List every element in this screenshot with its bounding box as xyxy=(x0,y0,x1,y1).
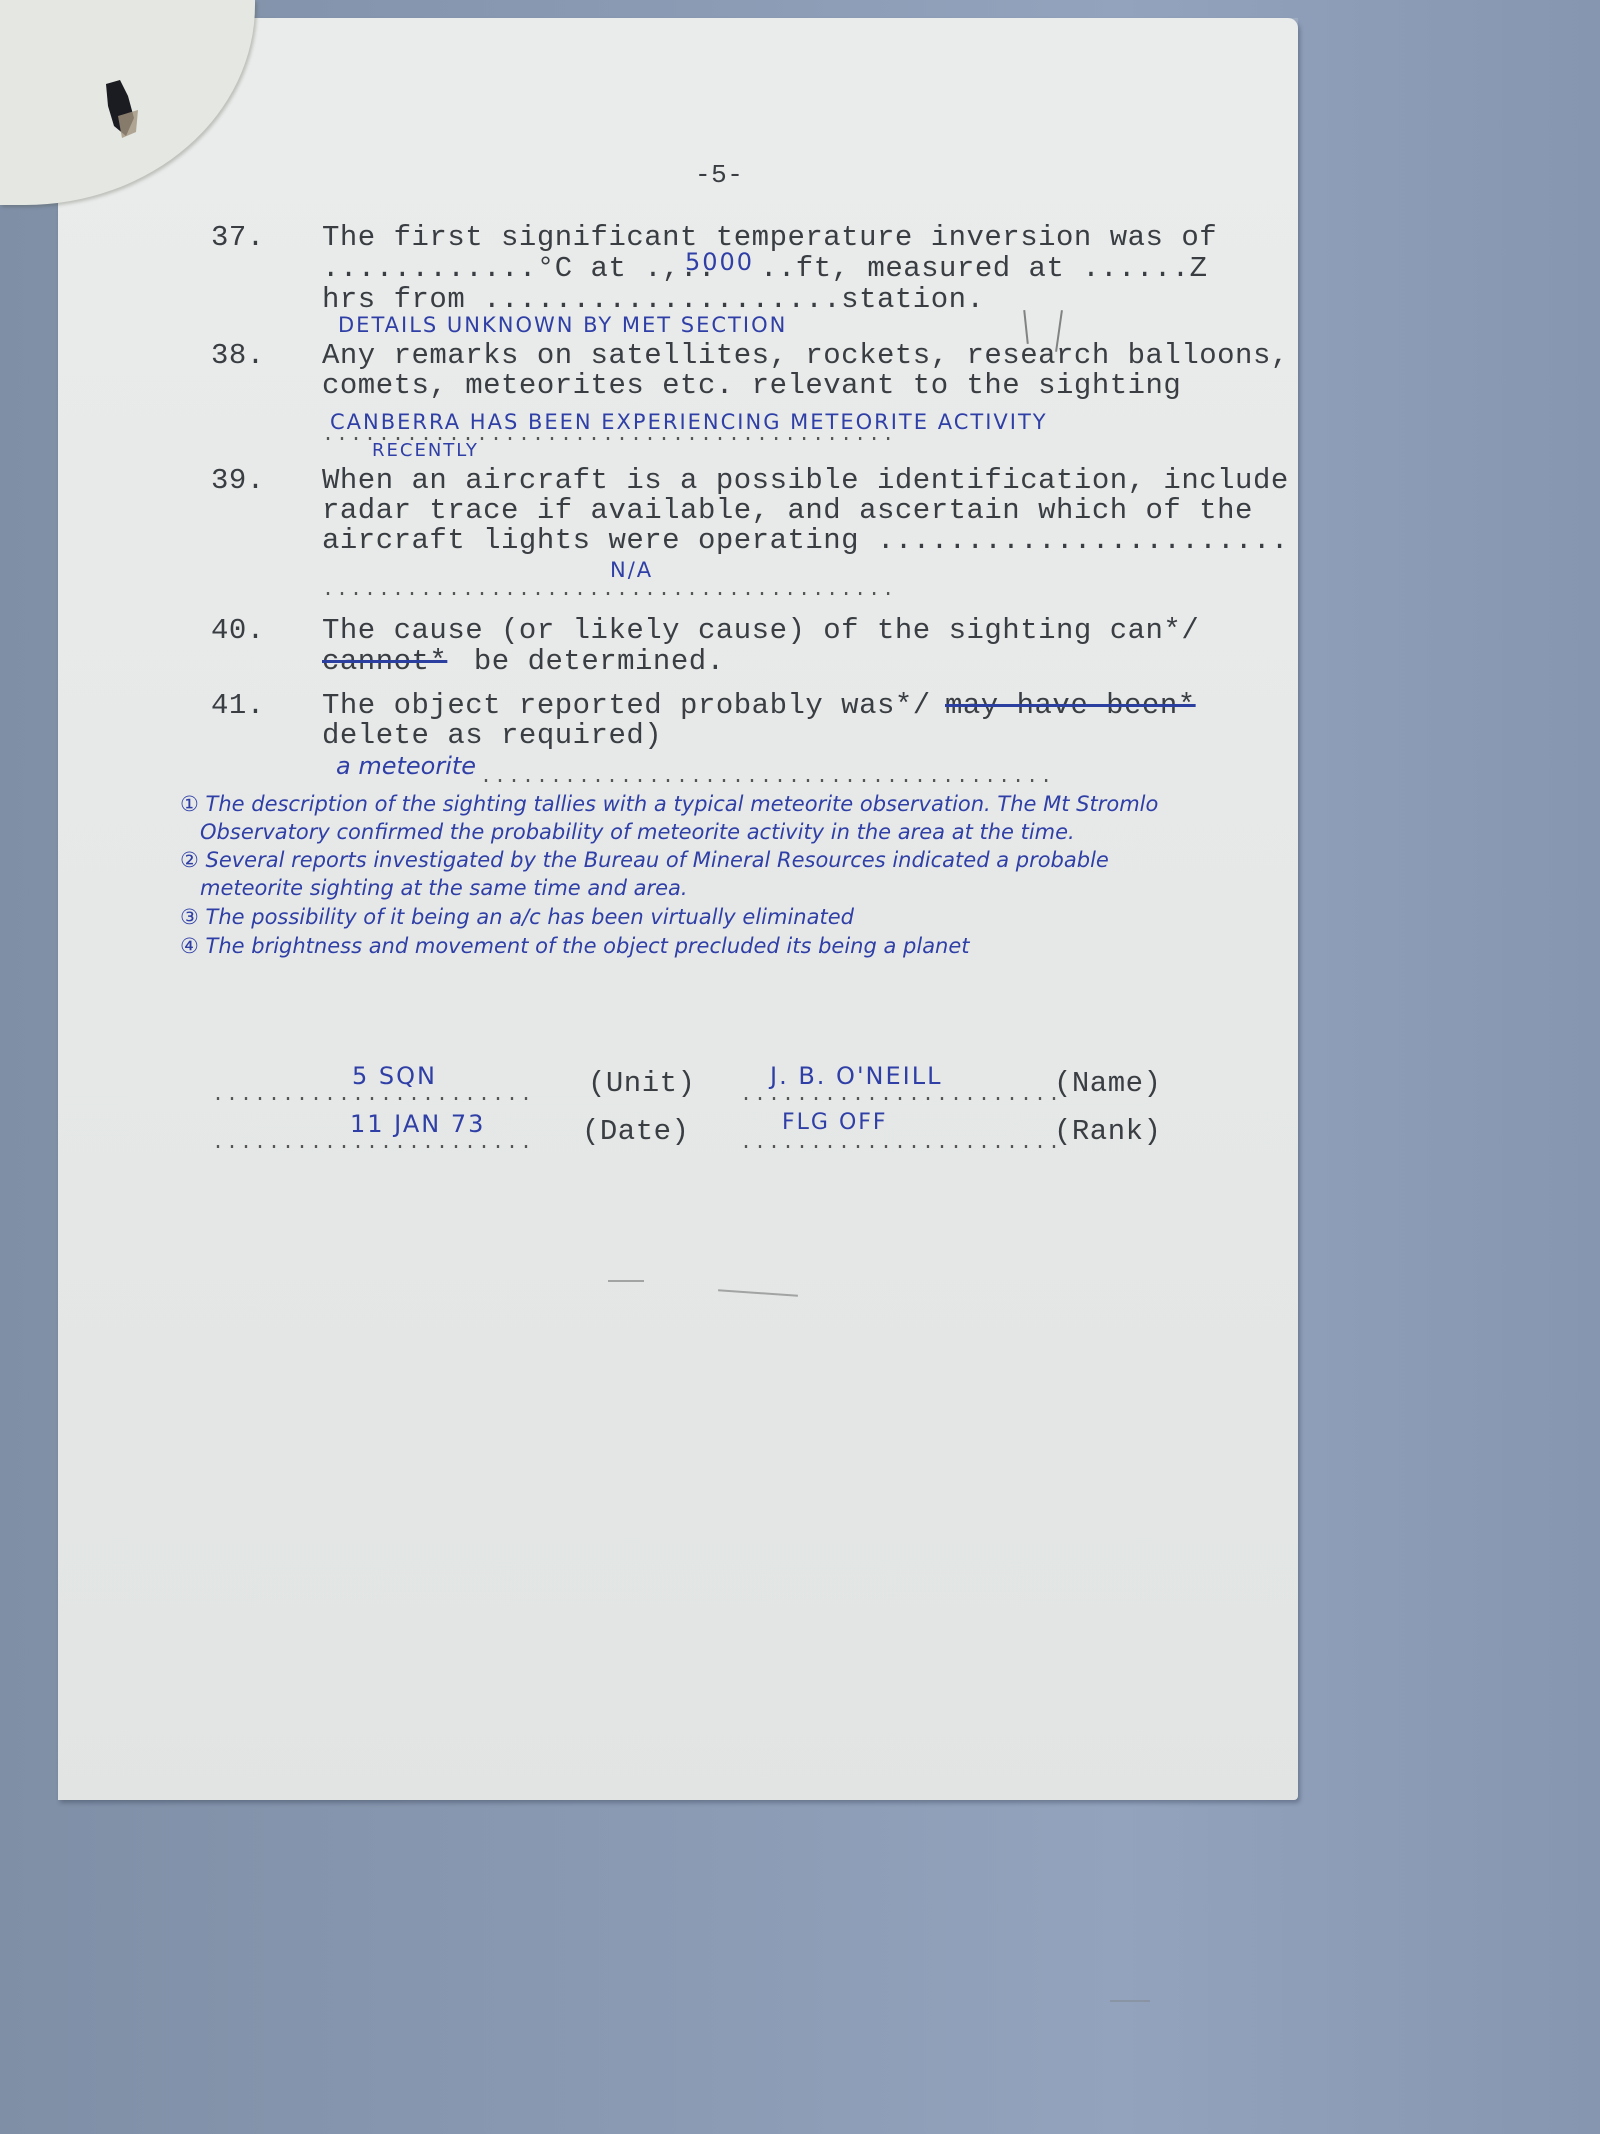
item-41-line2: delete as required) xyxy=(322,720,662,751)
item-41-handwritten-answer: a meteorite xyxy=(336,752,476,780)
reason-line: ④ The brightness and movement of the obj… xyxy=(180,932,970,960)
faint-mark xyxy=(608,1280,644,1282)
item-38-line1: Any remarks on satellites, rockets, rese… xyxy=(322,340,1289,371)
reason-line: meteorite sighting at the same time and … xyxy=(180,874,688,902)
date-label: (Date) xyxy=(582,1116,689,1147)
item-40-line1: The cause (or likely cause) of the sight… xyxy=(322,615,1199,646)
item-37-line2a: ............°C at .,.. xyxy=(322,253,716,284)
item-37-line1: The first significant temperature invers… xyxy=(322,222,1217,253)
item-39-line2: radar trace if available, and ascertain … xyxy=(322,495,1253,526)
item-38-number: 38. xyxy=(211,340,265,371)
item-39-number: 39. xyxy=(211,465,265,496)
item-37-handwritten-note: DETAILS UNKNOWN BY MET SECTION xyxy=(338,313,787,337)
item-37-line3: hrs from ....................station. xyxy=(322,284,984,315)
item-41-line1: The object reported probably was*/ xyxy=(322,690,931,721)
rank-label: (Rank) xyxy=(1054,1116,1161,1147)
unit-value: 5 SQN xyxy=(352,1062,437,1090)
reason-line: ③ The possibility of it being an a/c has… xyxy=(180,903,854,931)
reason-line: ② Several reports investigated by the Bu… xyxy=(180,846,1109,874)
name-label: (Name) xyxy=(1054,1068,1161,1099)
item-37-line2b: ..ft, measured at ......Z xyxy=(760,253,1208,284)
reason-line: Observatory confirmed the probability of… xyxy=(180,818,1075,846)
item-37-altitude-answer: 5000 xyxy=(685,248,754,276)
item-38-line2: comets, meteorites etc. relevant to the … xyxy=(322,370,1181,401)
staple-hole-icon xyxy=(98,76,142,142)
item-41-dot-leader: ........................................… xyxy=(480,762,1054,793)
item-41-number: 41. xyxy=(211,690,265,721)
reason-line: ① The description of the sighting tallie… xyxy=(180,790,1158,818)
item-40-line2: be determined. xyxy=(456,646,725,677)
unit-label: (Unit) xyxy=(588,1068,695,1099)
name-value: J. B. O'NEILL xyxy=(770,1062,942,1090)
date-value: 11 JAN 73 xyxy=(350,1110,485,1138)
item-39-dot-leader: ........................................… xyxy=(322,575,896,606)
item-37-number: 37. xyxy=(211,222,265,253)
item-40-struck-word: cannot* xyxy=(322,646,447,677)
item-40-number: 40. xyxy=(211,615,265,646)
faint-mark xyxy=(1110,2000,1150,2002)
item-41-struck-phrase: may have been* xyxy=(945,690,1196,721)
page-number: -5- xyxy=(695,160,743,191)
item-38-handwritten-answer-2: RECENTLY xyxy=(372,440,479,461)
item-39-line3: aircraft lights were operating .........… xyxy=(322,525,1289,556)
rank-value: FLG OFF xyxy=(782,1110,888,1135)
item-39-line1: When an aircraft is a possible identific… xyxy=(322,465,1289,496)
